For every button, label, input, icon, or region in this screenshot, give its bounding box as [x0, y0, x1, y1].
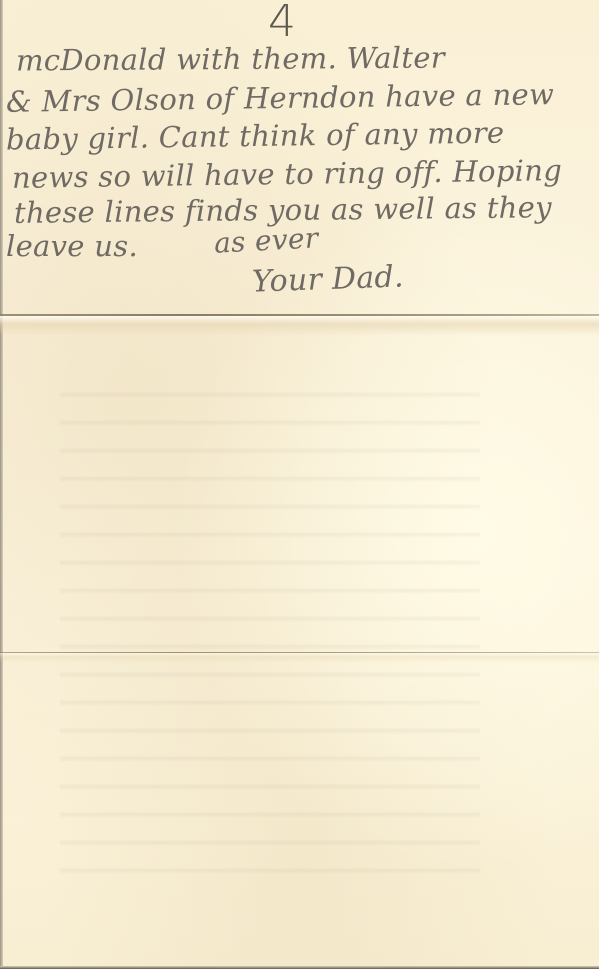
body-line: & Mrs Olson of Herndon have a new	[6, 80, 554, 117]
page-number: 4	[268, 0, 296, 47]
closing-phrase: as ever	[213, 221, 319, 259]
body-line: baby girl. Cant think of any more	[6, 119, 505, 155]
letter-page: 4 mcDonald with them. Walter & Mrs Olson…	[0, 0, 599, 969]
body-line: news so will have to ring off. Hoping	[12, 156, 562, 193]
fold-crease-lower	[0, 652, 599, 663]
bleed-through-text	[60, 370, 480, 890]
signature: Your Dad.	[251, 259, 404, 299]
fold-crease-upper	[0, 314, 599, 336]
body-line: mcDonald with them. Walter	[16, 44, 445, 76]
body-line: leave us.	[6, 232, 138, 261]
paper-left-edge	[0, 0, 3, 969]
